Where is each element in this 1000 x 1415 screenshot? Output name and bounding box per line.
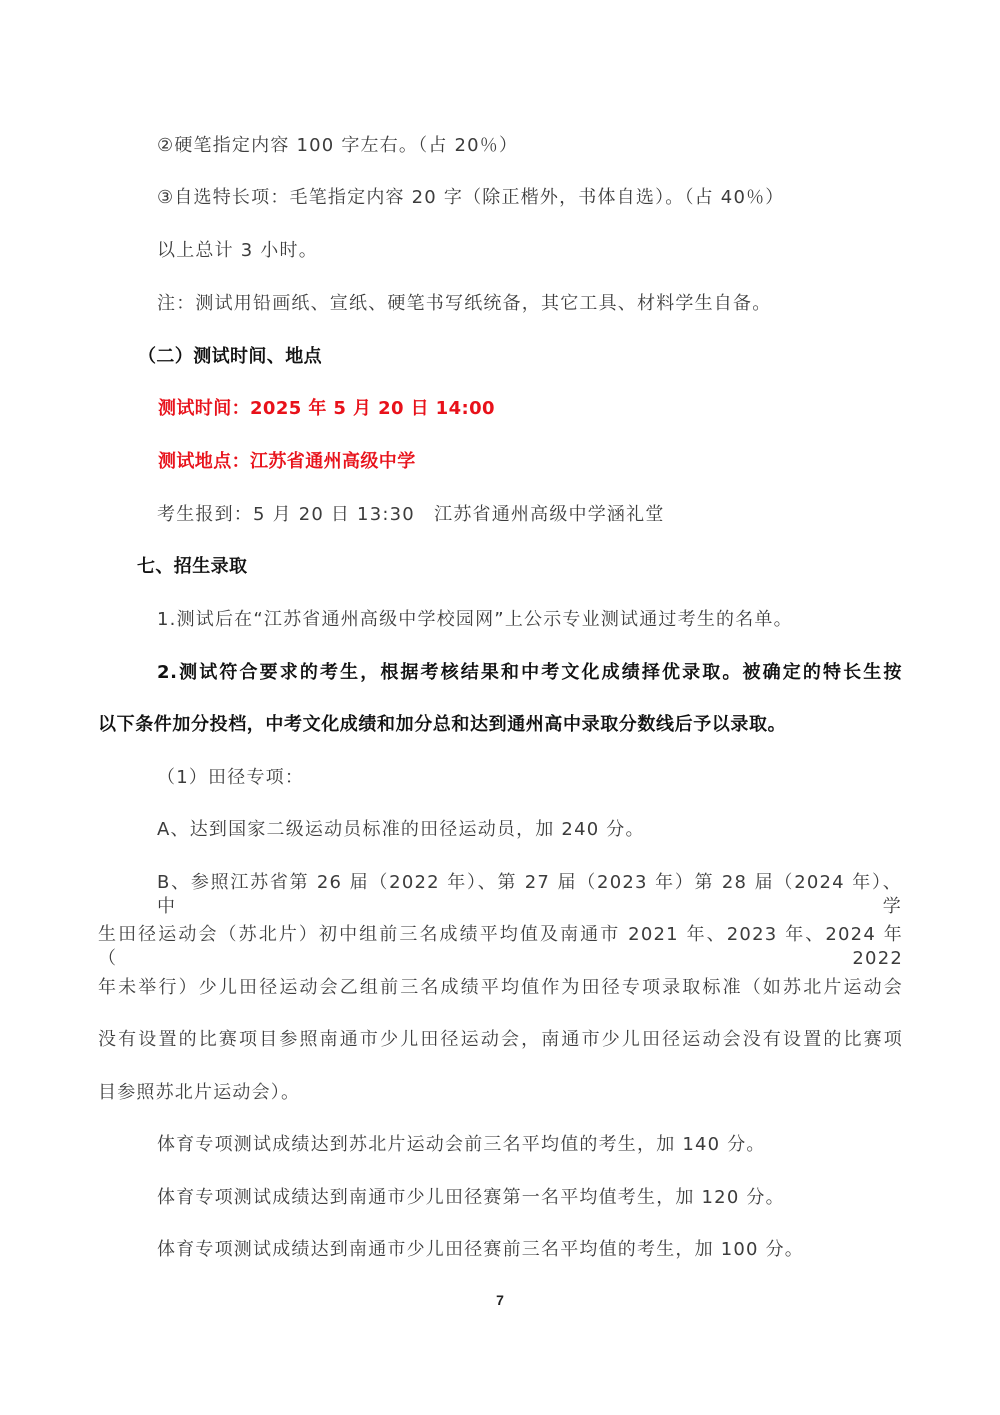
bonus-140: 体育专项测试成绩达到苏北片运动会前三名平均值的考生，加 140 分。 xyxy=(157,1133,766,1157)
check-in-info: 考生报到：5 月 20 日 13:30 江苏省通州高级中学涵礼堂 xyxy=(157,503,665,527)
section-heading-time-place: （二）测试时间、地点 xyxy=(138,345,322,369)
section-heading-admission: 七、招生录取 xyxy=(137,555,247,579)
item-self-selected: ③自选特长项：毛笔指定内容 20 字（除正楷外，书体自选）。（占 40％） xyxy=(157,186,785,210)
track-field-item-b-line5: 目参照苏北片运动会）。 xyxy=(98,1081,300,1105)
test-location: 测试地点：江苏省通州高级中学 xyxy=(158,450,416,474)
admission-item-2-line1: 2.测试符合要求的考生，根据考核结果和中考文化成绩择优录取。被确定的特长生按 xyxy=(157,661,902,685)
bonus-100: 体育专项测试成绩达到南通市少儿田径赛前三名平均值的考生，加 100 分。 xyxy=(157,1238,804,1262)
admission-item-1: 1.测试后在“江苏省通州高级中学校园网”上公示专业测试通过考生的名单。 xyxy=(157,608,793,632)
track-field-item-a: A、达到国家二级运动员标准的田径运动员，加 240 分。 xyxy=(157,818,645,842)
track-field-item-b-line1: B、参照江苏省第 26 届（2022 年）、第 27 届（2023 年）第 28… xyxy=(157,871,902,919)
materials-note: 注：测试用铅画纸、宣纸、硬笔书写纸统备，其它工具、材料学生自备。 xyxy=(157,292,771,316)
test-time: 测试时间：2025 年 5 月 20 日 14:00 xyxy=(158,397,495,421)
document-page: ②硬笔指定内容 100 字左右。（占 20％） ③自选特长项：毛笔指定内容 20… xyxy=(0,0,1000,1415)
admission-item-2-line2: 以下条件加分投档，中考文化成绩和加分总和达到通州高中录取分数线后予以录取。 xyxy=(98,713,786,737)
total-duration: 以上总计 3 小时。 xyxy=(157,239,318,263)
page-number: 7 xyxy=(0,1292,1000,1308)
item-hard-pen: ②硬笔指定内容 100 字左右。（占 20％） xyxy=(157,134,518,158)
track-field-item-b-line3: 年未举行）少儿田径运动会乙组前三名成绩平均值作为田径专项录取标准（如苏北片运动会 xyxy=(98,976,903,1000)
bonus-120: 体育专项测试成绩达到南通市少儿田径赛第一名平均值考生，加 120 分。 xyxy=(157,1186,785,1210)
track-field-heading: （1）田径专项： xyxy=(157,766,304,790)
track-field-item-b-line2: 生田径运动会（苏北片）初中组前三名成绩平均值及南通市 2021 年、2023 年… xyxy=(98,923,903,971)
track-field-item-b-line4: 没有设置的比赛项目参照南通市少儿田径运动会，南通市少儿田径运动会没有设置的比赛项 xyxy=(98,1028,903,1052)
